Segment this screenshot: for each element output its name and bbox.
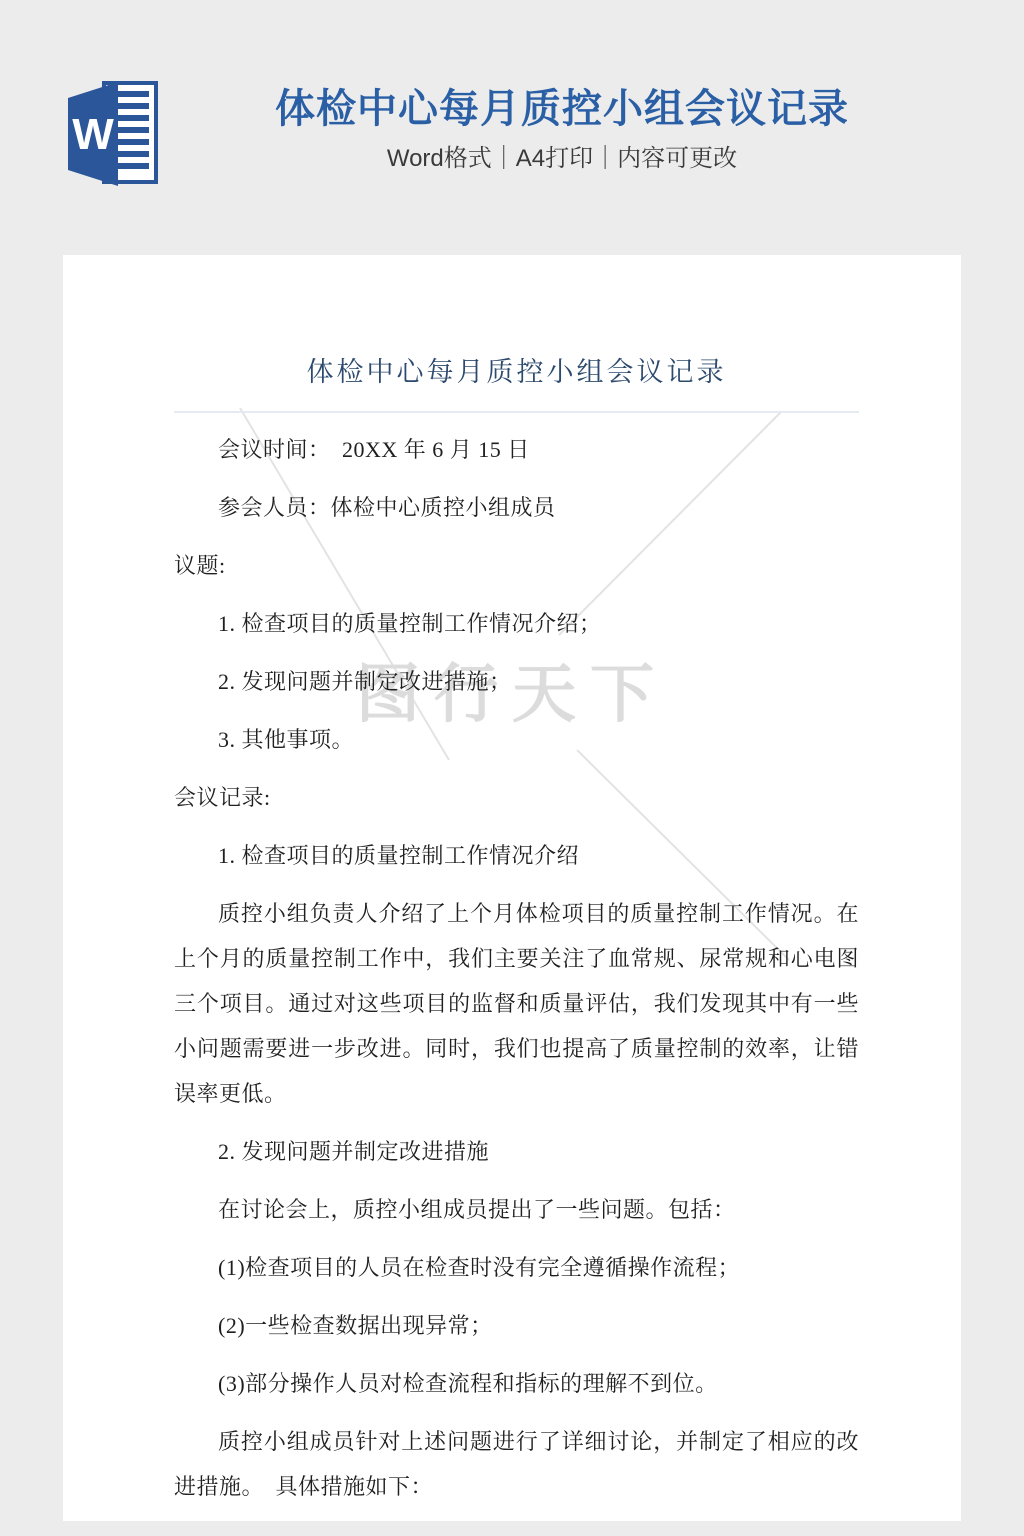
minutes-item-2: 2. 发现问题并制定改进措施	[174, 1129, 859, 1174]
issue-item-2: (2)一些检查数据出现异常；	[174, 1303, 859, 1348]
minutes-item-1: 1. 检查项目的质量控制工作情况介绍	[174, 833, 859, 878]
agenda-item-3: 3. 其他事项。	[174, 717, 859, 762]
agenda-item-2: 2. 发现问题并制定改进措施；	[174, 659, 859, 704]
para-attendees: 参会人员：体检中心质控小组成员	[174, 485, 859, 530]
issue-item-3: (3)部分操作人员对检查流程和指标的理解不到位。	[174, 1361, 859, 1406]
para-discussion: 在讨论会上，质控小组成员提出了一些问题。包括：	[174, 1187, 859, 1232]
document-title: 体检中心每月质控小组会议记录	[174, 355, 859, 389]
issue-item-1: (1)检查项目的人员在检查时没有完全遵循操作流程；	[174, 1245, 859, 1290]
document-page: 图行天下 体检中心每月质控小组会议记录 会议时间： 20XX 年 6 月 15 …	[63, 255, 961, 1521]
para-measures: 质控小组成员针对上述问题进行了详细讨论，并制定了相应的改进措施。 具体措施如下：	[174, 1419, 859, 1509]
document-content: 体检中心每月质控小组会议记录 会议时间： 20XX 年 6 月 15 日 参会人…	[63, 255, 961, 1509]
word-icon-letter: W	[72, 110, 114, 159]
page-subtitle: Word格式｜A4打印｜内容可更改	[100, 144, 1024, 174]
para-qc-intro: 质控小组负责人介绍了上个月体检项目的质量控制工作情况。在上个月的质量控制工作中，…	[174, 891, 859, 1116]
heading-minutes: 会议记录:	[174, 775, 859, 820]
para-meeting-time: 会议时间： 20XX 年 6 月 15 日	[174, 427, 859, 472]
page-title: 体检中心每月质控小组会议记录	[100, 86, 1024, 132]
site-header: W 体检中心每月质控小组会议记录 Word格式｜A4打印｜内容可更改	[0, 0, 1024, 255]
word-icon: W	[62, 76, 162, 192]
heading-agenda: 议题:	[174, 543, 859, 588]
title-rule	[174, 411, 859, 413]
agenda-item-1: 1. 检查项目的质量控制工作情况介绍；	[174, 601, 859, 646]
